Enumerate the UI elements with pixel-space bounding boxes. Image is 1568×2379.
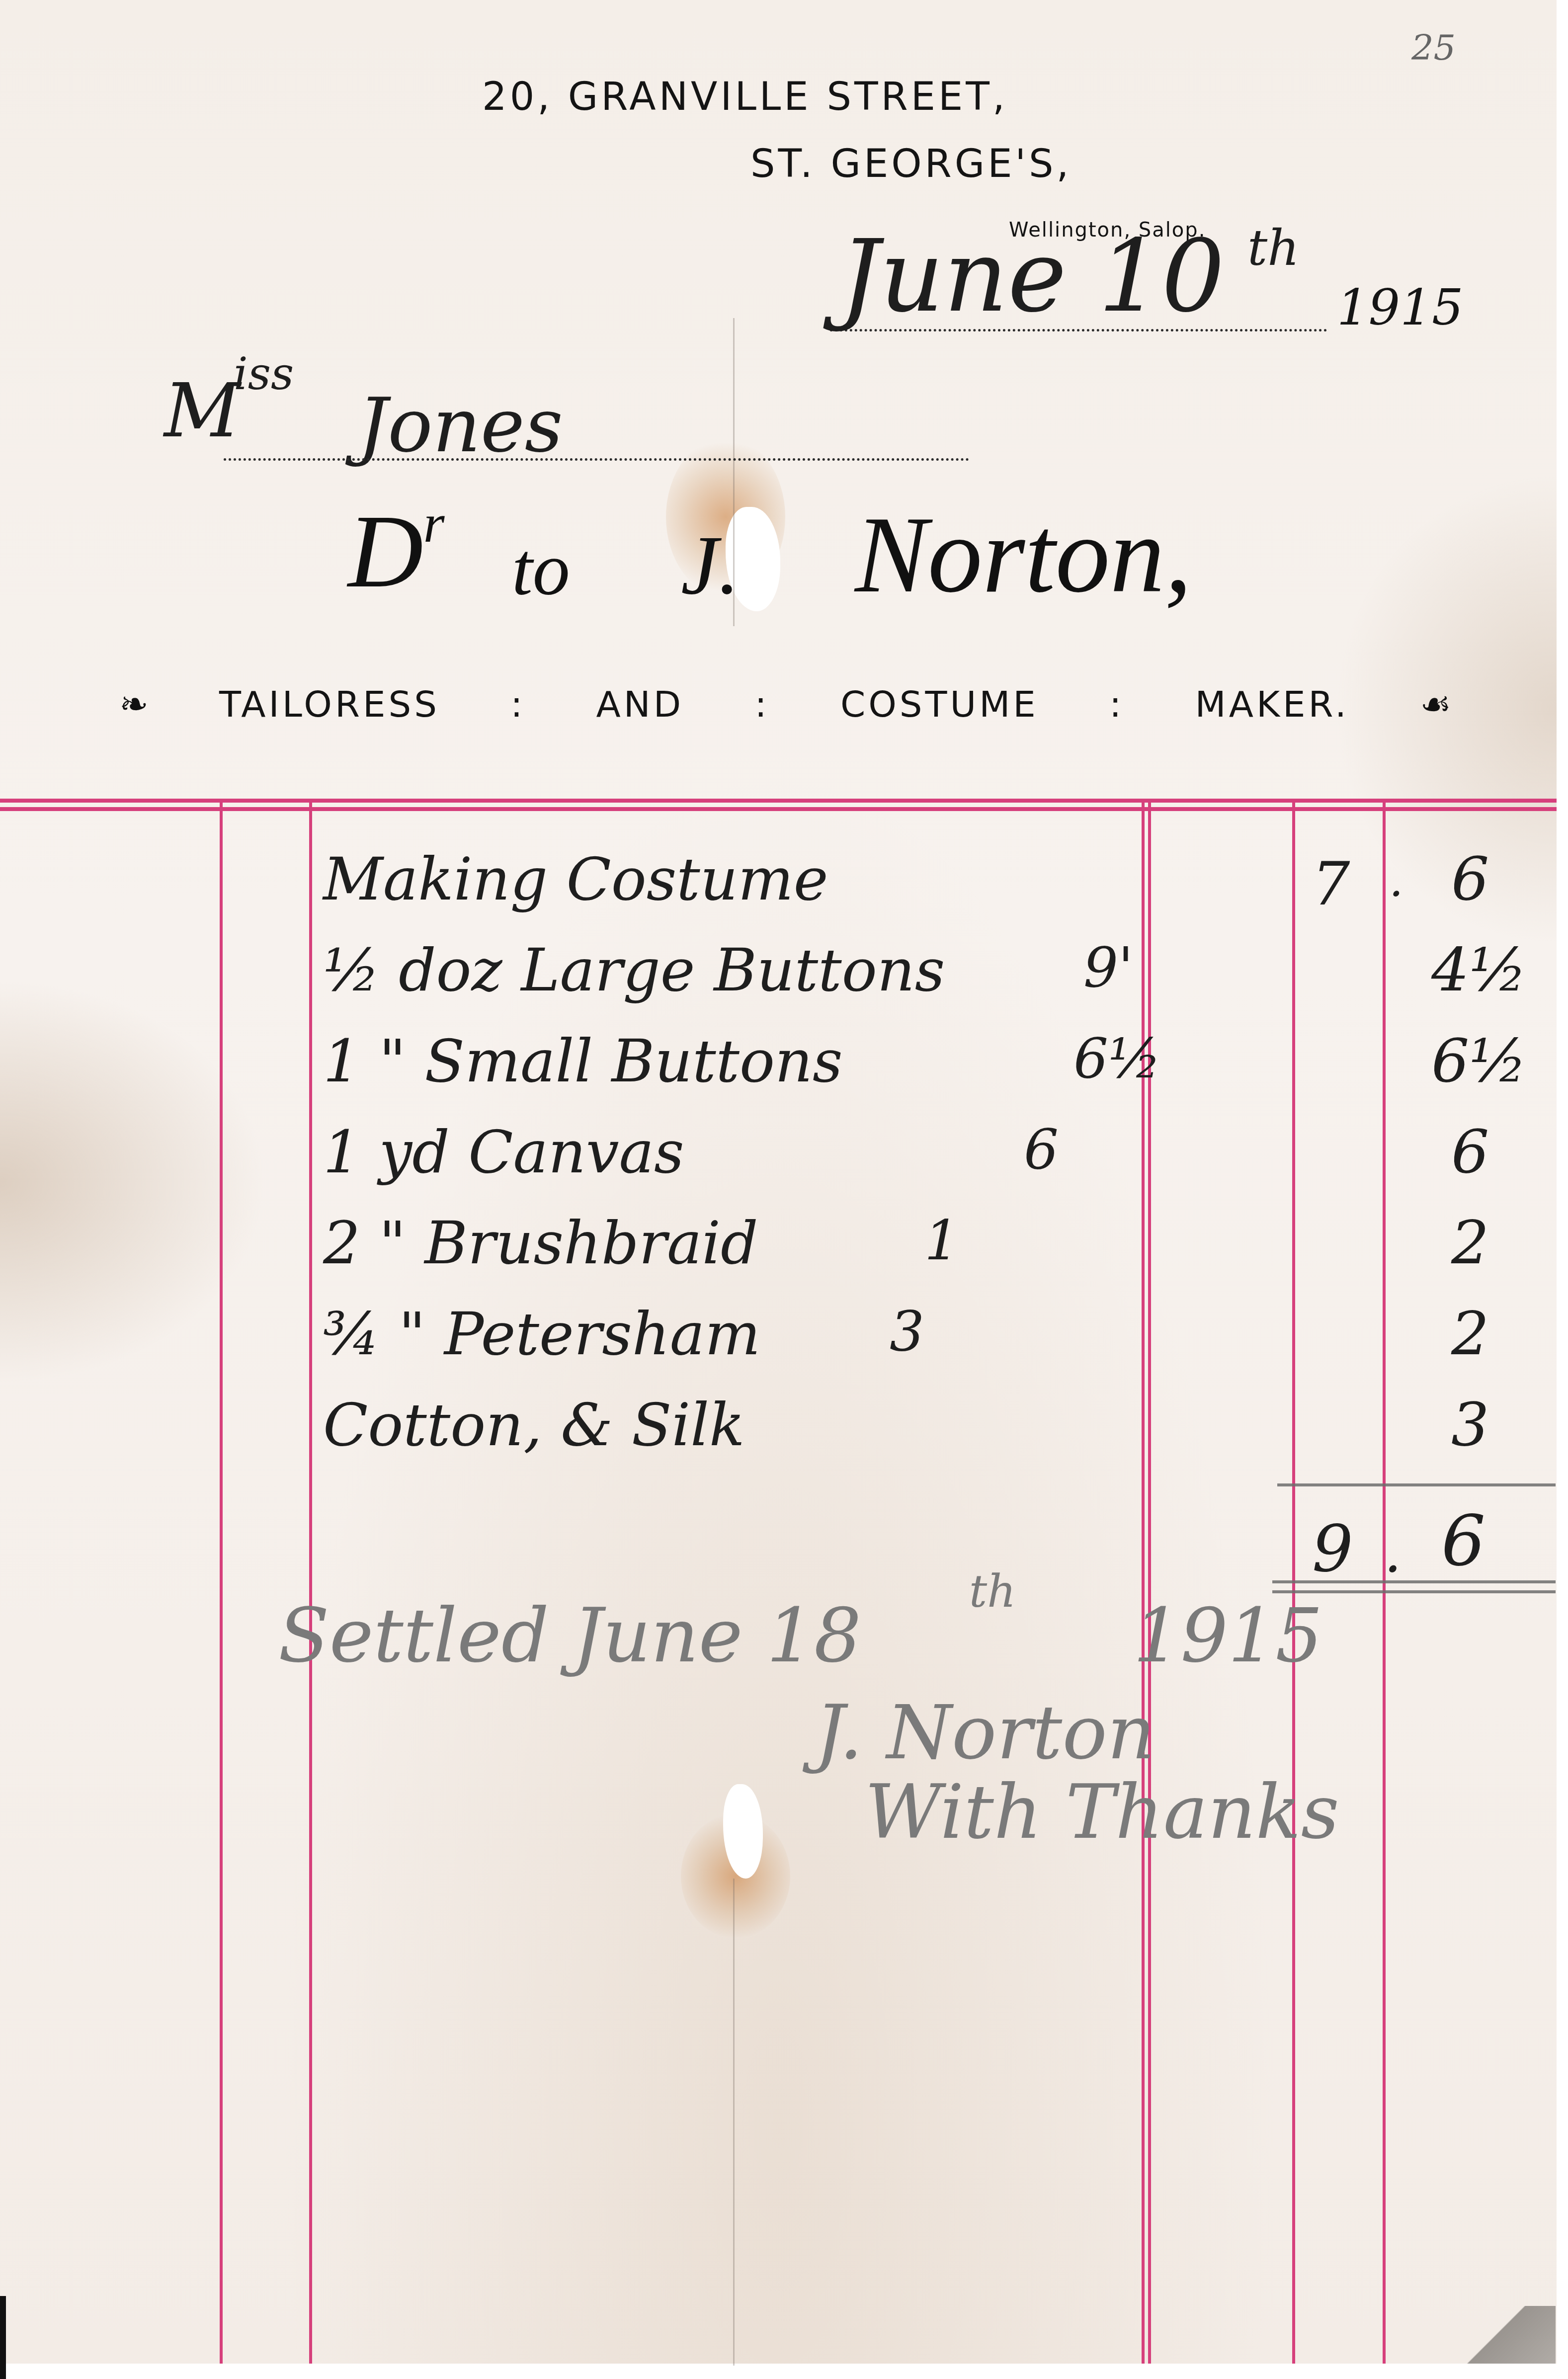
- item-pence: 6½: [1431, 1027, 1527, 1096]
- description-rule: [309, 800, 312, 2364]
- tagline-word: AND: [596, 683, 684, 725]
- item-description: 2 " Brushbraid: [323, 1209, 758, 1277]
- trade-tagline: ❧ TAILORESS : AND : COSTUME : MAKER. ☙: [119, 683, 1451, 725]
- tagline-word: COSTUME: [840, 683, 1039, 725]
- scan-edge: [0, 2296, 6, 2379]
- item-separator: .: [1389, 855, 1403, 907]
- address-line-2: ST. GEORGE'S,: [750, 142, 1072, 186]
- date-year-handwritten: 5: [1432, 278, 1464, 336]
- item-description: ½ doz Large Buttons: [323, 936, 945, 1004]
- item-description: 1 yd Canvas: [323, 1118, 684, 1186]
- corner-number: 25: [1411, 27, 1456, 68]
- margin-rule: [220, 800, 223, 2364]
- debtor-prefix-sup: r: [423, 493, 445, 554]
- total-pence: 6: [1441, 1501, 1485, 1582]
- tagline-sep: :: [1109, 683, 1124, 725]
- item-shillings: 7: [1312, 850, 1350, 919]
- customer-title-sup: iss: [234, 348, 294, 400]
- tagline-sep: :: [754, 683, 769, 725]
- debtor-prefix-main: D: [348, 494, 423, 609]
- settled-year: 1915: [1133, 1593, 1323, 1679]
- proprietor-surname: Norton,: [855, 492, 1192, 618]
- tagline-word: TAILORESS: [219, 683, 440, 725]
- item-pence: 3: [1451, 1391, 1489, 1460]
- settled-ordinal: th: [969, 1565, 1016, 1618]
- total-rule-top: [1272, 1580, 1556, 1583]
- item-pence: 6: [1451, 1118, 1489, 1187]
- address-line-1: 20, GRANVILLE STREET,: [482, 75, 1008, 119]
- item-pence: 6: [1451, 845, 1489, 914]
- item-pence: 2: [1451, 1300, 1489, 1369]
- total-shillings: 9: [1312, 1511, 1353, 1586]
- item-rate: 6: [1024, 1118, 1059, 1181]
- header-rule-bottom: [0, 807, 1557, 811]
- proprietor-signature: J. Norton: [815, 1690, 1155, 1776]
- item-rate: 9': [1083, 936, 1133, 999]
- subtotal-rule: [1277, 1483, 1556, 1486]
- fold-crease-lower: [733, 1879, 735, 2366]
- tagline-word: MAKER.: [1195, 683, 1349, 725]
- tagline-sep: :: [510, 683, 525, 725]
- ornament-left-icon: ❧: [119, 684, 149, 725]
- thanks-note: With Thanks: [865, 1769, 1339, 1856]
- settled-note: Settled June 18: [278, 1593, 861, 1679]
- header-rule-top: [0, 799, 1557, 803]
- item-description: Cotton, & Silk: [323, 1391, 745, 1459]
- item-rate: 1: [924, 1209, 959, 1272]
- customer-title: M: [164, 368, 241, 454]
- folded-corner: [1451, 2306, 1556, 2364]
- item-rate: 3: [890, 1300, 924, 1363]
- item-description: ¾ " Petersham: [323, 1300, 760, 1368]
- total-separator: .: [1384, 1521, 1402, 1584]
- ornament-right-icon: ☙: [1420, 684, 1451, 725]
- debtor-prefix: Dr: [348, 492, 444, 612]
- date-year-printed: 191: [1337, 278, 1432, 336]
- debtor-to: to: [512, 527, 570, 612]
- date-ordinal: th: [1247, 219, 1300, 277]
- date-handwritten: June 10: [840, 219, 1225, 334]
- customer-dotted-line: [224, 458, 969, 461]
- customer-name: Jones: [358, 383, 563, 469]
- proprietor-initial: J.: [681, 517, 740, 614]
- item-description: 1 " Small Buttons: [323, 1027, 843, 1095]
- item-pence: 2: [1451, 1209, 1489, 1278]
- item-pence: 4½: [1431, 936, 1527, 1005]
- date-year: 1915: [1337, 278, 1464, 336]
- item-rate: 6½: [1073, 1027, 1161, 1090]
- item-description: Making Costume: [323, 845, 828, 913]
